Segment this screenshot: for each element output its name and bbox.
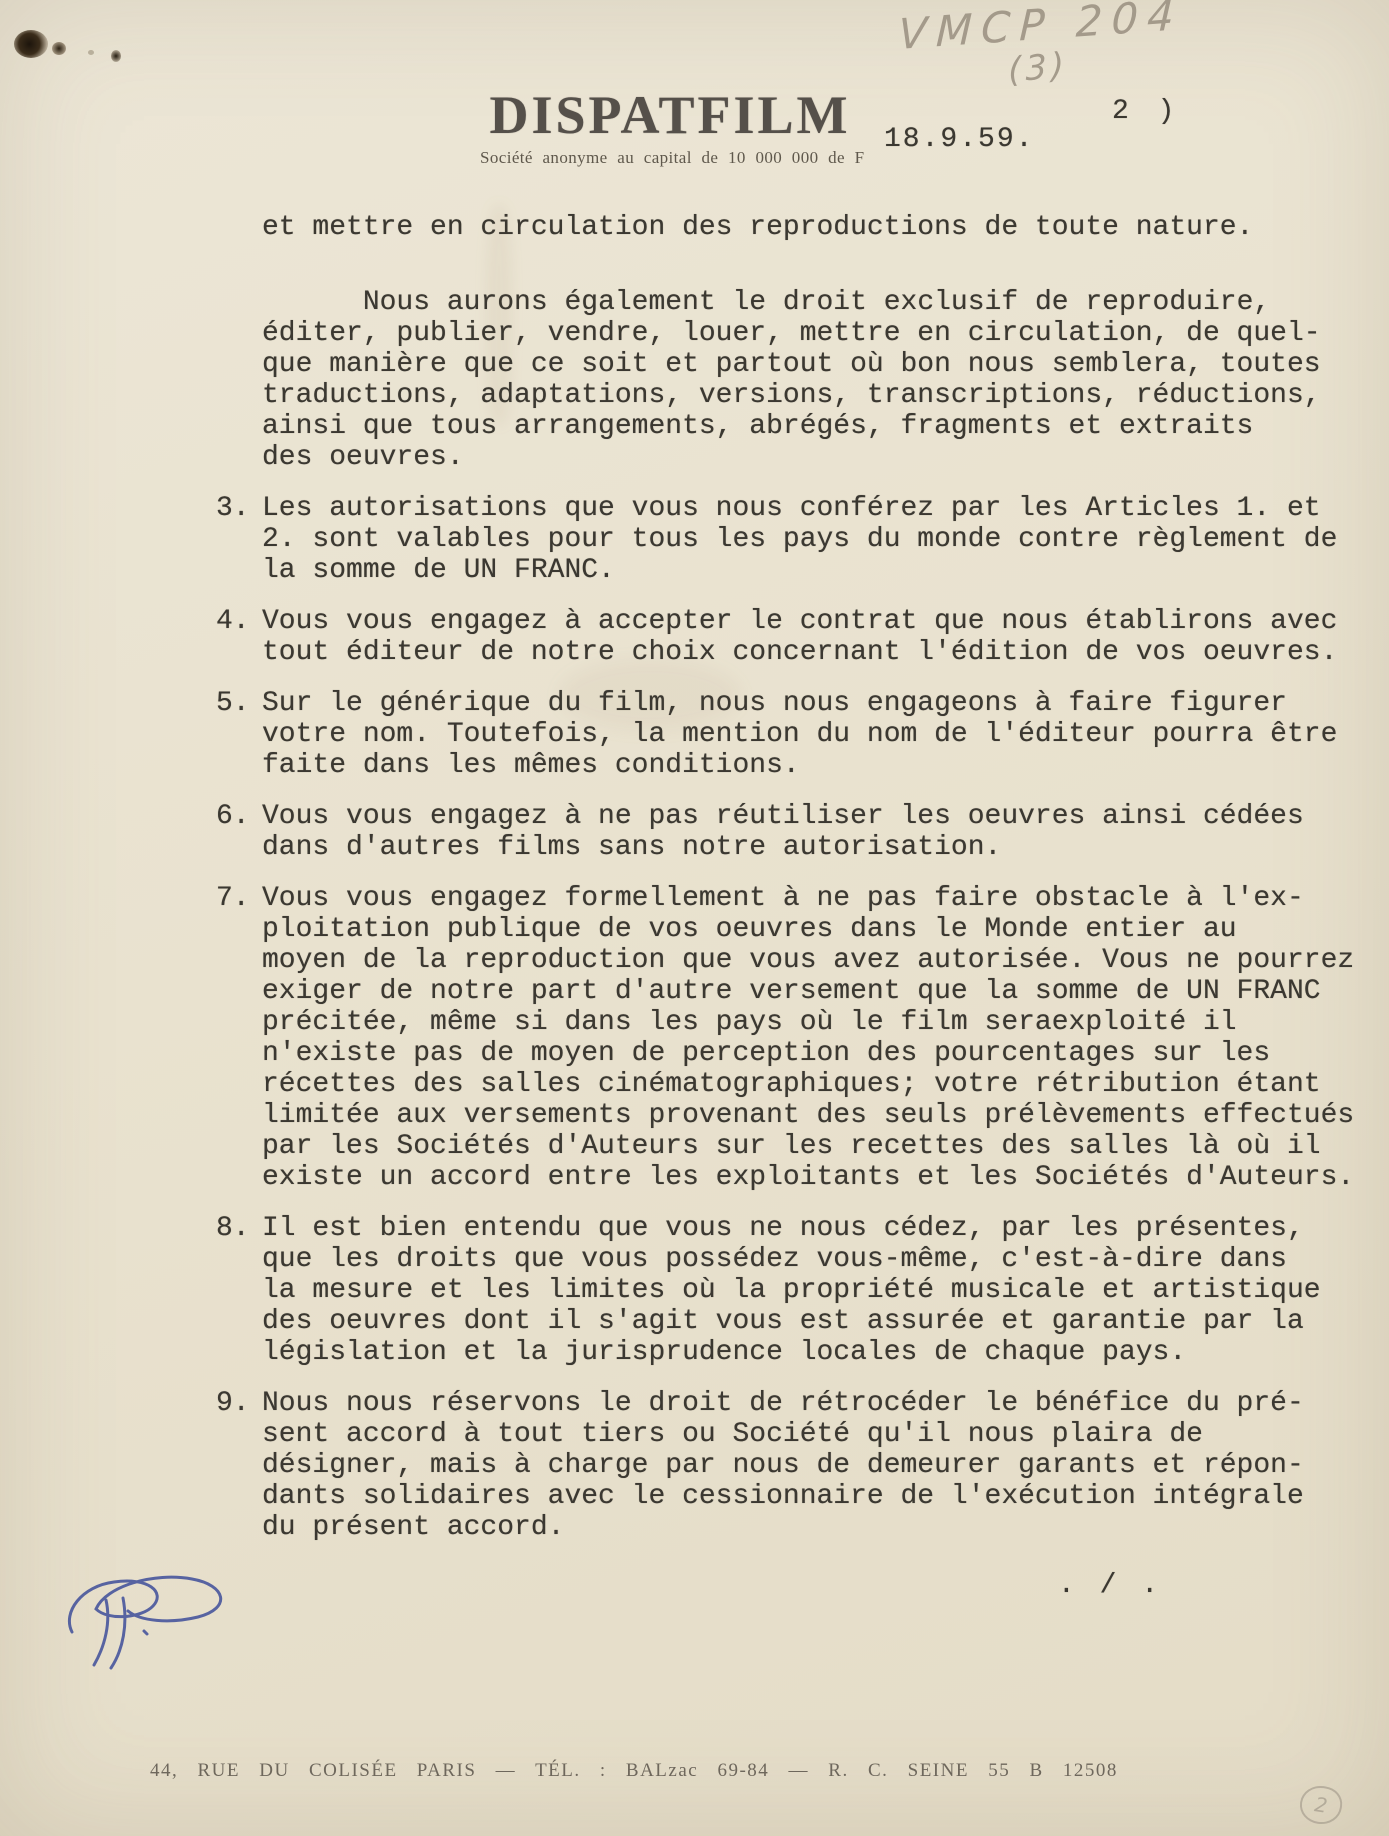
paragraph-text: Sur le générique du film, nous nous enga… <box>262 688 1374 781</box>
paragraph: et mettre en circulation des reproductio… <box>216 212 1382 243</box>
clause-7: 7. Vous vous engagez formellement à ne p… <box>216 883 1382 1193</box>
document-date: 18.9.59. <box>884 124 1034 155</box>
paragraph-text: Nous aurons également le droit exclusif … <box>262 287 1374 473</box>
item-number: 9. <box>216 1388 262 1543</box>
item-number: 5. <box>216 688 262 781</box>
footer-address-line: 44, RUE DU COLISÉE PARIS — TÉL. : BALzac… <box>150 1760 1118 1782</box>
paragraph-text: Vous vous engagez formellement à ne pas … <box>262 883 1374 1193</box>
clause-4: 4. Vous vous engagez à accepter le contr… <box>216 606 1382 668</box>
typed-page-number: 2 ) <box>1112 96 1180 127</box>
ink-spot <box>88 50 94 55</box>
paragraph-text: Les autorisations que vous nous conférez… <box>262 493 1374 586</box>
paragraph: Nous aurons également le droit exclusif … <box>216 287 1382 473</box>
item-number <box>216 212 262 243</box>
clause-8: 8. Il est bien entendu que vous ne nous … <box>216 1213 1382 1368</box>
paragraph-text: Vous vous engagez à accepter le contrat … <box>262 606 1374 668</box>
document-page: VMCP 204 (3) DISPATFILM Société anonyme … <box>0 0 1389 1836</box>
ink-spot <box>14 30 48 58</box>
circled-number-text: 2 <box>1313 1792 1329 1818</box>
paragraph-text: et mettre en circulation des reproductio… <box>262 212 1374 243</box>
clause-6: 6. Vous vous engagez à ne pas réutiliser… <box>216 801 1382 863</box>
item-number: 3. <box>216 493 262 586</box>
item-number: 4. <box>216 606 262 668</box>
item-number <box>216 287 262 473</box>
company-subtitle: Société anonyme au capital de 10 000 000… <box>480 148 860 168</box>
handwritten-reference-sub: (3) <box>1007 45 1068 91</box>
continuation-mark: . / . <box>1058 1570 1162 1601</box>
clause-5: 5. Sur le générique du film, nous nous e… <box>216 688 1382 781</box>
clause-3: 3. Les autorisations que vous nous confé… <box>216 493 1382 586</box>
item-number: 7. <box>216 883 262 1193</box>
paragraph-text: Nous nous réservons le droit de rétrocéd… <box>262 1388 1374 1543</box>
clause-9: 9. Nous nous réservons le droit de rétro… <box>216 1388 1382 1543</box>
item-number: 8. <box>216 1213 262 1368</box>
ink-spot <box>111 50 121 62</box>
pencil-circled-number: 2 <box>1298 1783 1345 1826</box>
ink-spot <box>52 42 66 55</box>
paragraph-text: Il est bien entendu que vous ne nous céd… <box>262 1213 1374 1368</box>
signature-scribble <box>56 1552 256 1682</box>
document-body: et mettre en circulation des reproductio… <box>216 212 1382 1563</box>
paragraph-text: Vous vous engagez à ne pas réutiliser le… <box>262 801 1374 863</box>
company-name: DISPATFILM <box>480 88 860 142</box>
letterhead: DISPATFILM Société anonyme au capital de… <box>480 88 860 168</box>
item-number: 6. <box>216 801 262 863</box>
